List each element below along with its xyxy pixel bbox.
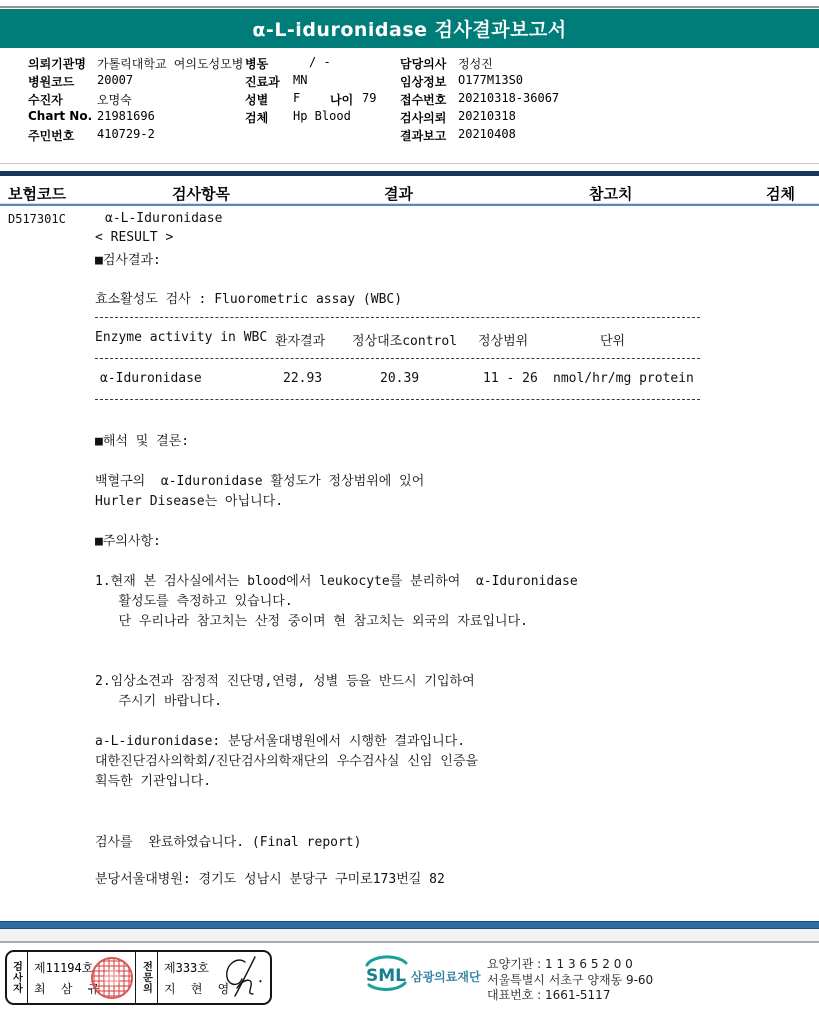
assay-row-cell: α-Iduronidase [100,371,202,386]
report-body-line: 분당서울대병원: 경기도 성남시 분당구 구미로173번길 82 [95,868,445,887]
report-body-line: Hurler Disease는 아닙니다. [95,490,283,509]
signature-box-divider-2 [135,952,136,1003]
value-ward: / - [309,55,331,69]
examiner-role-label: 검사자 [7,954,25,1001]
col-reference: 참고치 [589,183,632,204]
sml-org-name: 삼광의료재단 [411,968,481,985]
specialist-cert-no: 제333호 [164,959,209,976]
report-title-banner: α-L-iduronidase 검사결과보고서 [0,9,819,48]
col-insurance-code: 보험코드 [8,183,66,204]
report-body-line: 백혈구의 α-Iduronidase 활성도가 정상범위에 있어 [95,470,424,489]
svg-text:SML: SML [366,966,406,986]
assay-row-cell: nmol/hr/mg protein [553,371,694,386]
table-header-rule [0,203,819,206]
label-department: 진료과 [245,73,280,90]
test-name-value: α-L-Iduronidase [105,211,222,226]
value-doctor: 정성진 [458,55,493,72]
assay-header-cell: Enzyme activity in WBC [95,330,267,345]
value-age: 79 [362,91,376,105]
report-body-line: < RESULT > [95,230,173,245]
assay-header-cell: 정상범위 [478,330,528,349]
label-chart-no: Chart No. [28,109,92,123]
assay-dash-mid [95,358,700,359]
value-chart-no: 21981696 [97,109,155,123]
assay-row-cell: 20.39 [380,371,419,386]
value-requesting-org: 가톨릭대학교 여의도성모병 [97,55,243,72]
label-receipt-no: 접수번호 [400,91,446,108]
page-title: α-L-iduronidase 검사결과보고서 [252,15,566,42]
footer-strip [0,929,819,941]
label-age: 나이 [330,91,353,108]
value-receipt-no: 20210318-36067 [458,91,559,105]
assay-dash-top [95,317,700,318]
label-patient-name: 수진자 [28,91,63,108]
value-specimen: Hp Blood [293,109,351,123]
label-requesting-org: 의뢰기관명 [28,55,86,72]
label-sex: 성별 [245,91,268,108]
signature-box-divider-3 [157,952,158,1003]
sml-logo-icon: SML [362,952,410,1000]
assay-row-cell: 22.93 [283,371,322,386]
signature-box: 검사자 제11194호 최 삼 규 전문의 제333호 지 현 영 [5,950,272,1005]
assay-header-cell: 단위 [600,330,625,349]
table-top-rule [0,171,819,176]
report-body-line: 2.임상소견과 잠정적 진단명,연령, 성별 등을 반드시 기입하여 [95,670,475,689]
org-care-org-no: 요양기관 : 1 1 3 6 5 2 0 0 [487,955,633,972]
label-order-date: 검사의뢰 [400,109,446,126]
label-ward: 병동 [245,55,268,72]
report-body-line: 1.현재 본 검사실에서는 blood에서 leukocyte를 분리하여 α-… [95,570,578,589]
value-patient-name: 오명숙 [97,91,132,108]
footer-blue-rule [0,921,819,929]
value-order-date: 20210318 [458,109,516,123]
org-phone: 대표번호 : 1661-5117 [487,986,610,1003]
insurance-code-value: D517301C [8,212,66,226]
label-report-date: 결과보고 [400,127,446,144]
value-department: MN [293,73,307,87]
value-report-date: 20210408 [458,127,516,141]
info-table-divider [0,163,819,164]
value-resident-id: 410729-2 [97,127,155,141]
assay-dash-bottom [95,399,700,400]
signature-box-divider-1 [27,952,28,1003]
value-hospital-code: 20007 [97,73,133,87]
report-body-line: a-L-iduronidase: 분당서울대병원에서 시행한 결과입니다. [95,730,465,749]
specialist-signature-icon [215,953,269,1005]
report-body-line: 검사를 완료하였습니다. (Final report) [95,831,361,850]
top-divider [0,6,819,8]
footer-gray-rule [0,941,819,943]
value-clinical-info: O177M13S0 [458,73,523,87]
label-doctor: 담당의사 [400,55,446,72]
assay-header-cell: 정상대조control [352,330,457,349]
label-hospital-code: 병원코드 [28,73,74,90]
report-body-line: 활성도를 측정하고 있습니다. [95,590,293,609]
label-resident-id: 주민번호 [28,127,74,144]
report-body-line: 대한진단검사의학회/진단검사의학재단의 우수검사실 신임 인증을 [95,750,478,769]
value-sex: F [293,91,300,105]
report-body-line: 획득한 기관입니다. [95,770,211,789]
col-test-item: 검사항목 [172,183,230,204]
report-body-line: 효소활성도 검사 : Fluorometric assay (WBC) [95,288,402,307]
col-specimen: 검체 [766,183,795,204]
assay-row-cell: 11 - 26 [483,371,538,386]
report-body-line: ■해석 및 결론: [95,430,189,449]
specialist-role-label: 전문의 [137,954,155,1001]
assay-header-cell: 환자결과 [275,330,325,349]
report-body-line: 주시기 바랍니다. [95,690,222,709]
col-result: 결과 [384,183,413,204]
report-body-line: ■검사결과: [95,249,161,268]
label-clinical-info: 임상정보 [400,73,446,90]
label-specimen: 검체 [245,109,268,126]
report-body-line: 단 우리나라 참고치는 산정 중이며 현 참고치는 외국의 자료입니다. [95,610,528,629]
lab-report-page: α-L-iduronidase 검사결과보고서 의뢰기관명 가톨릭대학교 여의도… [0,0,819,1013]
report-body-line: ■주의사항: [95,530,161,549]
examiner-seal-stamp [91,957,133,999]
examiner-cert-no: 제11194호 [34,959,93,976]
